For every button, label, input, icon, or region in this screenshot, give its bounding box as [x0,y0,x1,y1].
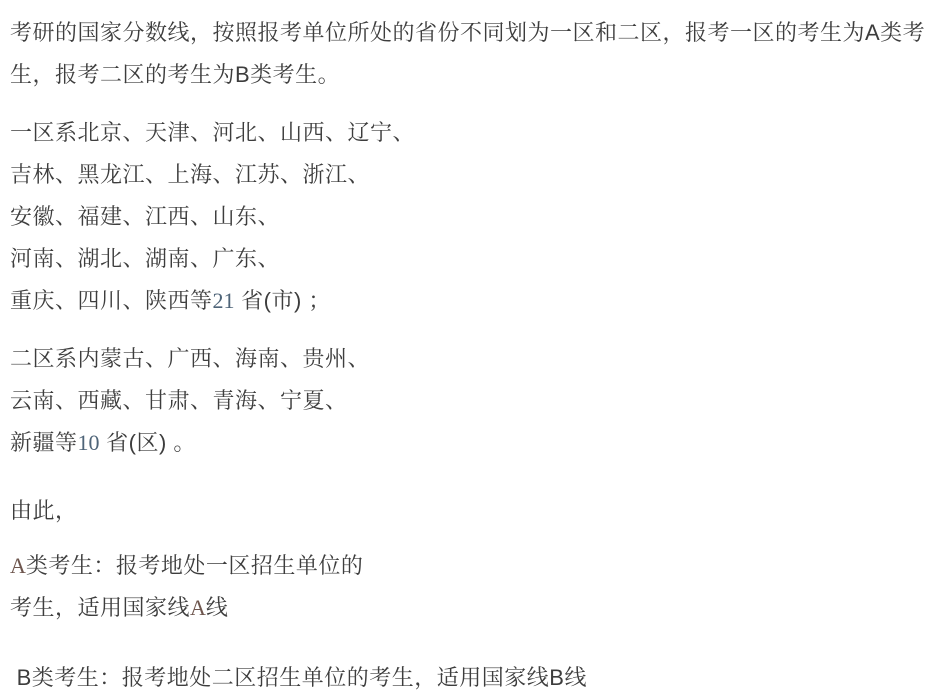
article: 考研的国家分数线，按照报考单位所处的省份不同划为一区和二区，报考一区的考生为A类… [0,0,940,697]
type-b-line: B类考生：报考地处二区招生单位的考生，适用国家线B线 [10,657,928,697]
zone1-line-5-suffix: 省(市) ； [235,288,331,313]
paragraph-zone2: 二区系内蒙古、广西、海南、贵州、云南、西藏、甘肃、青海、宁夏、新疆等10 省(区… [10,338,928,464]
paragraph-zone1: 一区系北京、天津、河北、山西、辽宁、吉林、黑龙江、上海、江苏、浙江、安徽、福建、… [10,112,928,322]
type-a-line-1-text: 类考生：报考地处一区招生单位的 [26,553,364,578]
type-a-line-2-suffix: 线 [206,595,229,620]
thus-line: 由此， [10,490,928,532]
zone2-line-3: 新疆等10 省(区) 。 [10,422,928,464]
zone1-line-1: 一区系北京、天津、河北、山西、辽宁、 [10,112,928,154]
type-a-line-2-text: 考生，适用国家线 [10,595,190,620]
type-a-letter: A [10,553,26,578]
zone1-line-3: 安徽、福建、江西、山东、 [10,196,928,238]
paragraph-type-b: B类考生：报考地处二区招生单位的考生，适用国家线B线 [10,657,928,697]
paragraph-intro: 考研的国家分数线，按照报考单位所处的省份不同划为一区和二区，报考一区的考生为A类… [10,12,928,96]
paragraph-type-a: A类考生：报考地处一区招生单位的考生，适用国家线A线 [10,545,928,629]
zone1-line-2: 吉林、黑龙江、上海、江苏、浙江、 [10,154,928,196]
intro-line-1: 考研的国家分数线，按照报考单位所处的省份不同划为一区和二区，报考一区的考生为A类… [10,12,928,54]
zone2-line-1: 二区系内蒙古、广西、海南、贵州、 [10,338,928,380]
paragraph-thus: 由此， [10,490,928,532]
type-a-score-line-letter: A [190,595,206,620]
zone2-province-count: 10 [78,430,100,455]
zone2-line-3-text: 新疆等 [10,430,78,455]
type-a-line-2: 考生，适用国家线A线 [10,587,928,629]
intro-line-2: 生，报考二区的考生为B类考生。 [10,54,928,96]
zone1-line-5-text: 重庆、四川、陕西等 [10,288,213,313]
zone2-line-2: 云南、西藏、甘肃、青海、宁夏、 [10,380,928,422]
zone1-line-4: 河南、湖北、湖南、广东、 [10,238,928,280]
zone1-province-count: 21 [213,288,235,313]
zone2-line-3-suffix: 省(区) 。 [100,430,196,455]
type-a-line-1: A类考生：报考地处一区招生单位的 [10,545,928,587]
zone1-line-5: 重庆、四川、陕西等21 省(市) ； [10,280,928,322]
